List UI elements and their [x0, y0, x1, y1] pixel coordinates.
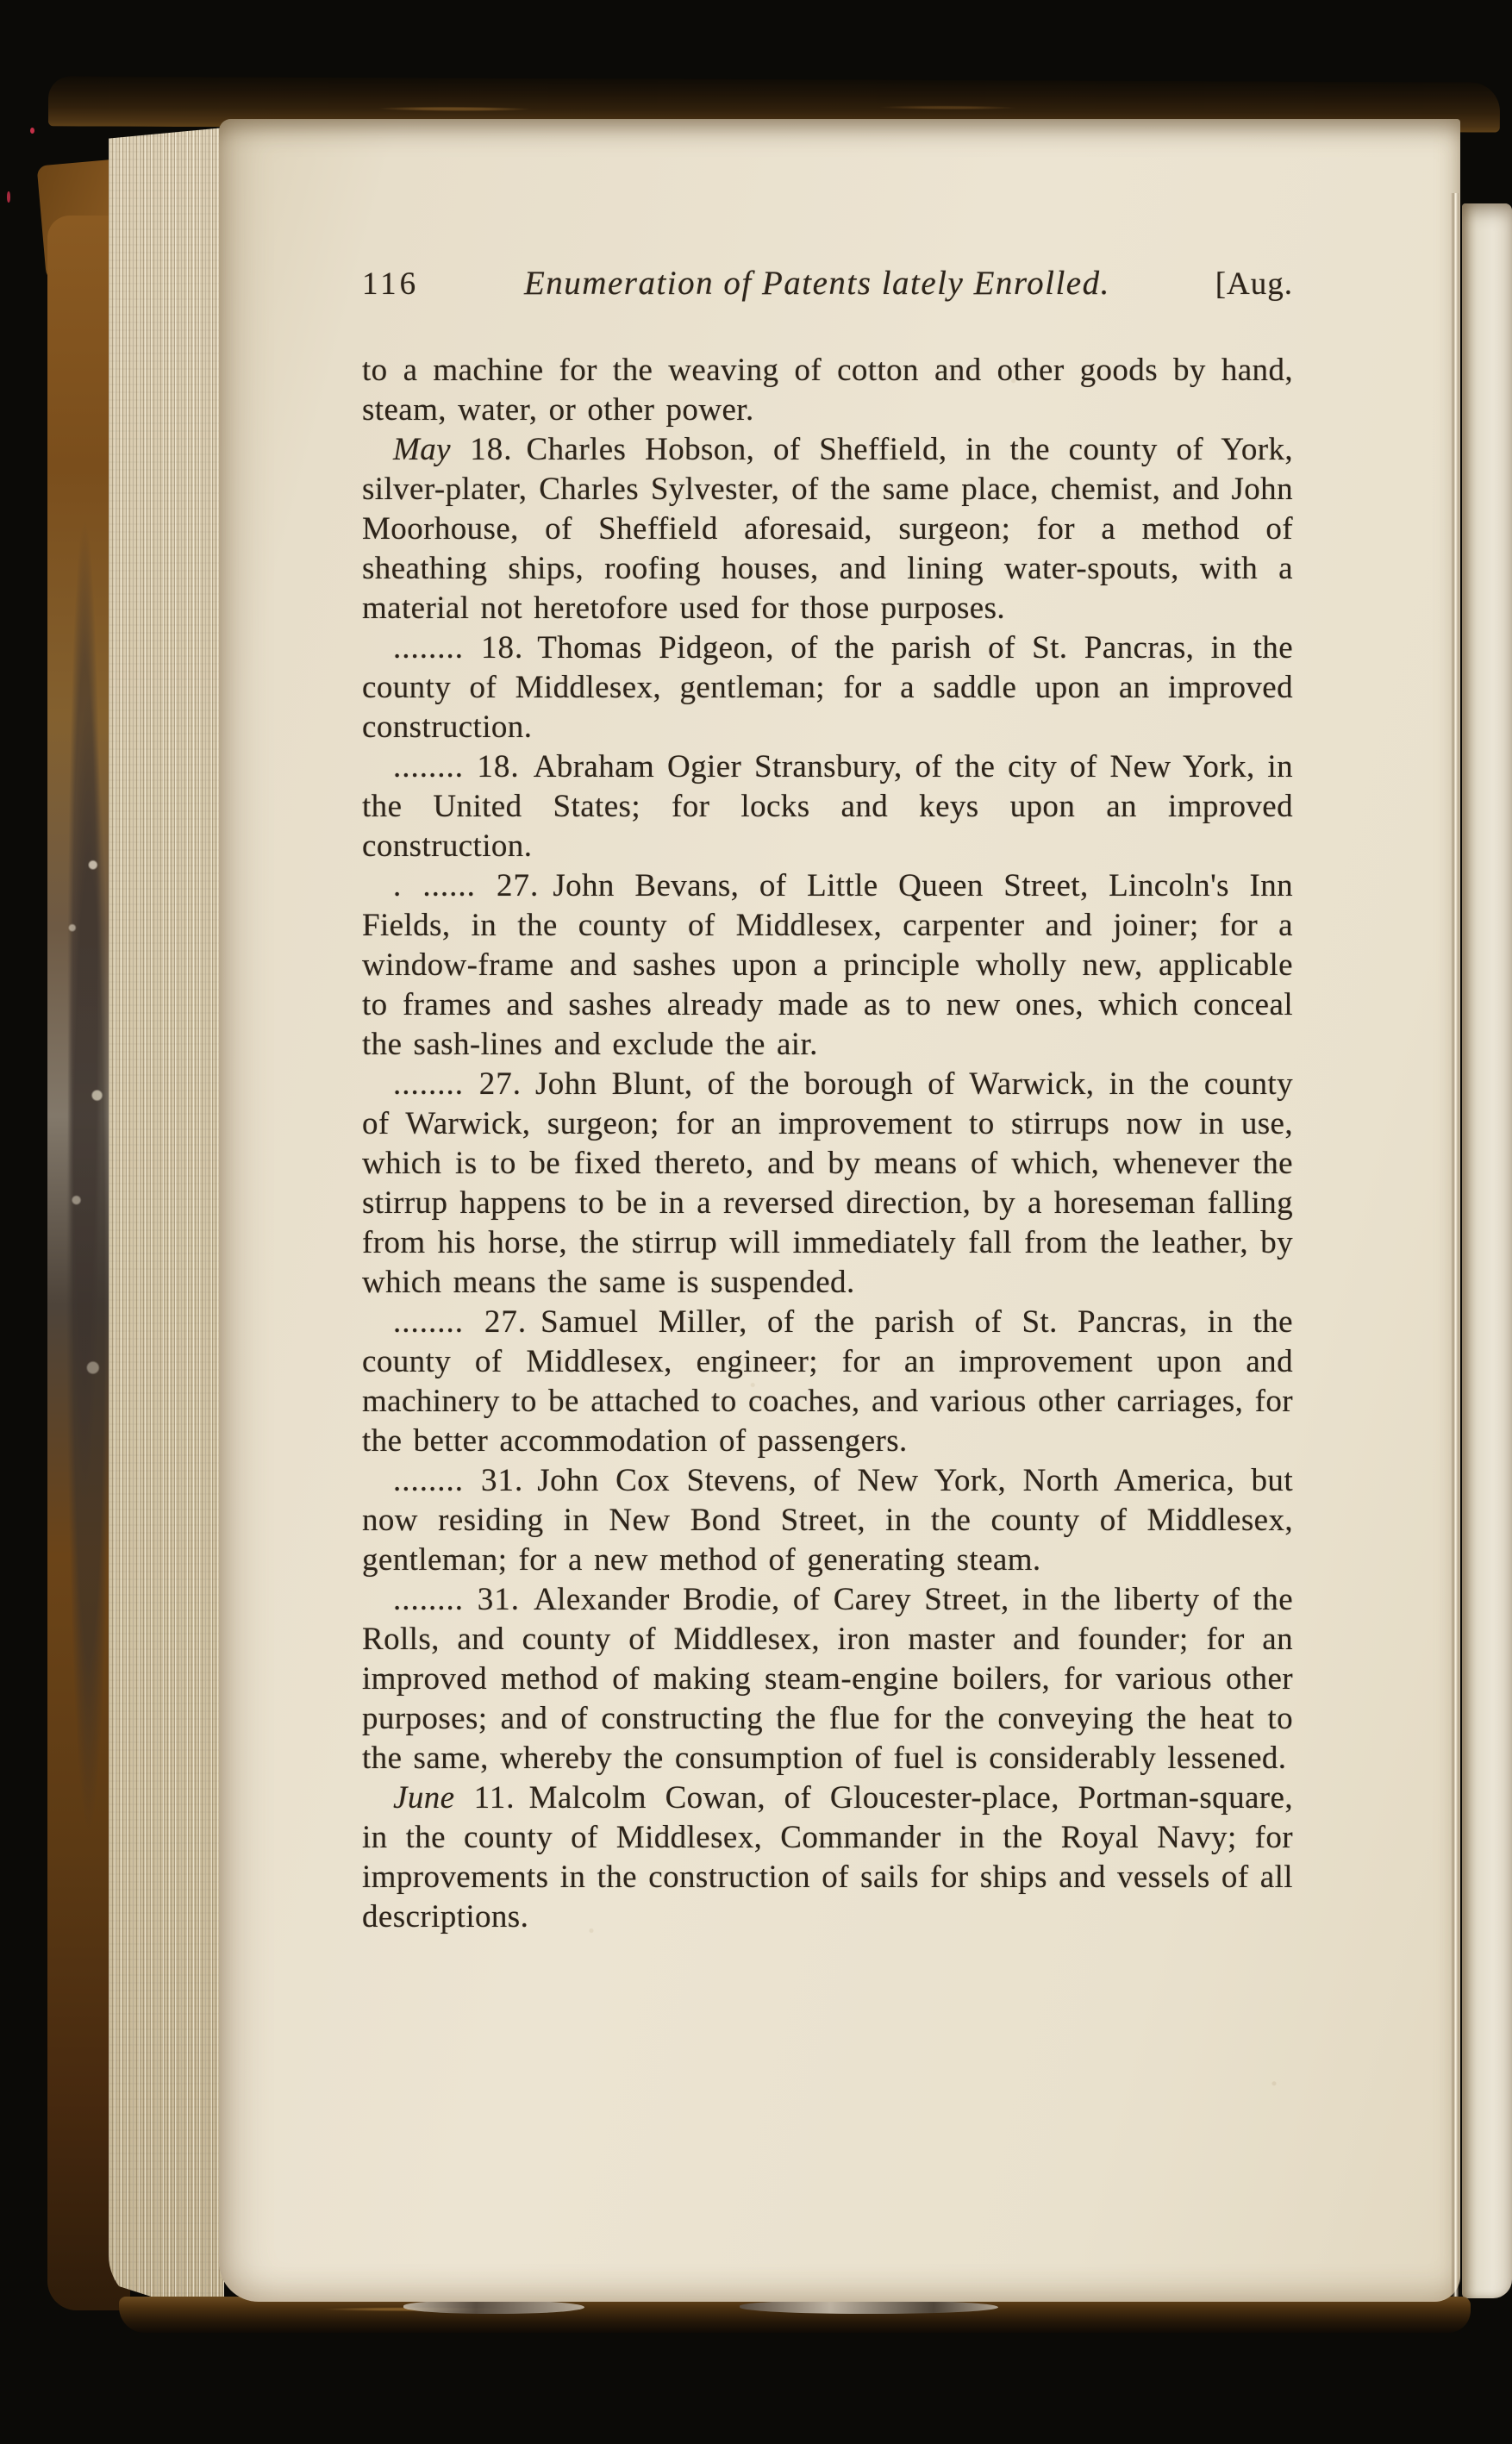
patent-entry: ........ 18.Thomas Pidgeon, of the paris…	[362, 628, 1293, 747]
patent-entry: ........ 18.Abraham Ogier Stransbury, of…	[362, 747, 1293, 866]
patent-entry: ........ 27.Samuel Miller, of the parish…	[362, 1303, 1293, 1461]
entry-text: to a machine for the weaving of cotton a…	[362, 353, 1293, 428]
marble-chip	[740, 2300, 998, 2314]
page-number: 116	[362, 266, 419, 303]
book-tail-edge	[119, 2297, 1471, 2333]
date-word: May	[393, 432, 451, 467]
patent-entry: May 18.Charles Hobson, of Sheffield, in …	[362, 430, 1293, 628]
patent-entry: June 11.Malcolm Cowan, of Gloucester-pla…	[362, 1778, 1293, 1937]
entry-lead: ........ 27.	[393, 1304, 527, 1340]
page-fore-edge-stack	[109, 128, 224, 2307]
entry-lead: ........ 27.	[393, 1066, 522, 1102]
entry-lead: 11.	[454, 1780, 515, 1816]
entry-lead: ........ 31.	[393, 1463, 523, 1498]
scanned-book-page: 116 Enumeration of Patents lately Enroll…	[0, 0, 1512, 2444]
underlying-page-edge	[1462, 203, 1512, 2298]
date-word: June	[393, 1780, 454, 1816]
entry-lead: ........ 18.	[393, 630, 523, 666]
dust-speck	[30, 128, 34, 134]
running-title: Enumeration of Patents lately Enrolled.	[524, 264, 1110, 303]
entry-lead: 18.	[451, 432, 513, 467]
patent-entry: . ...... 27.John Bevans, of Little Queen…	[362, 866, 1293, 1065]
page-crease	[1451, 193, 1459, 2297]
page-body: to a machine for the weaving of cotton a…	[362, 351, 1293, 1937]
text-block: 116 Enumeration of Patents lately Enroll…	[362, 264, 1293, 1937]
entry-lead: ........ 18.	[393, 749, 520, 784]
patent-entry: ........ 27.John Blunt, of the borough o…	[362, 1065, 1293, 1303]
patent-entry: ........ 31.John Cox Stevens, of New Yor…	[362, 1461, 1293, 1580]
dust-speck	[7, 191, 10, 203]
patent-entry: ........ 31.Alexander Brodie, of Carey S…	[362, 1580, 1293, 1778]
entry-lead: ........ 31.	[393, 1582, 520, 1617]
entry-lead: . ...... 27.	[393, 868, 539, 903]
patent-entry: to a machine for the weaving of cotton a…	[362, 351, 1293, 430]
page-header: 116 Enumeration of Patents lately Enroll…	[362, 264, 1293, 303]
marble-chip	[403, 2300, 584, 2314]
book-page: 116 Enumeration of Patents lately Enroll…	[219, 119, 1460, 2302]
month-marker: [Aug.	[1215, 266, 1293, 303]
